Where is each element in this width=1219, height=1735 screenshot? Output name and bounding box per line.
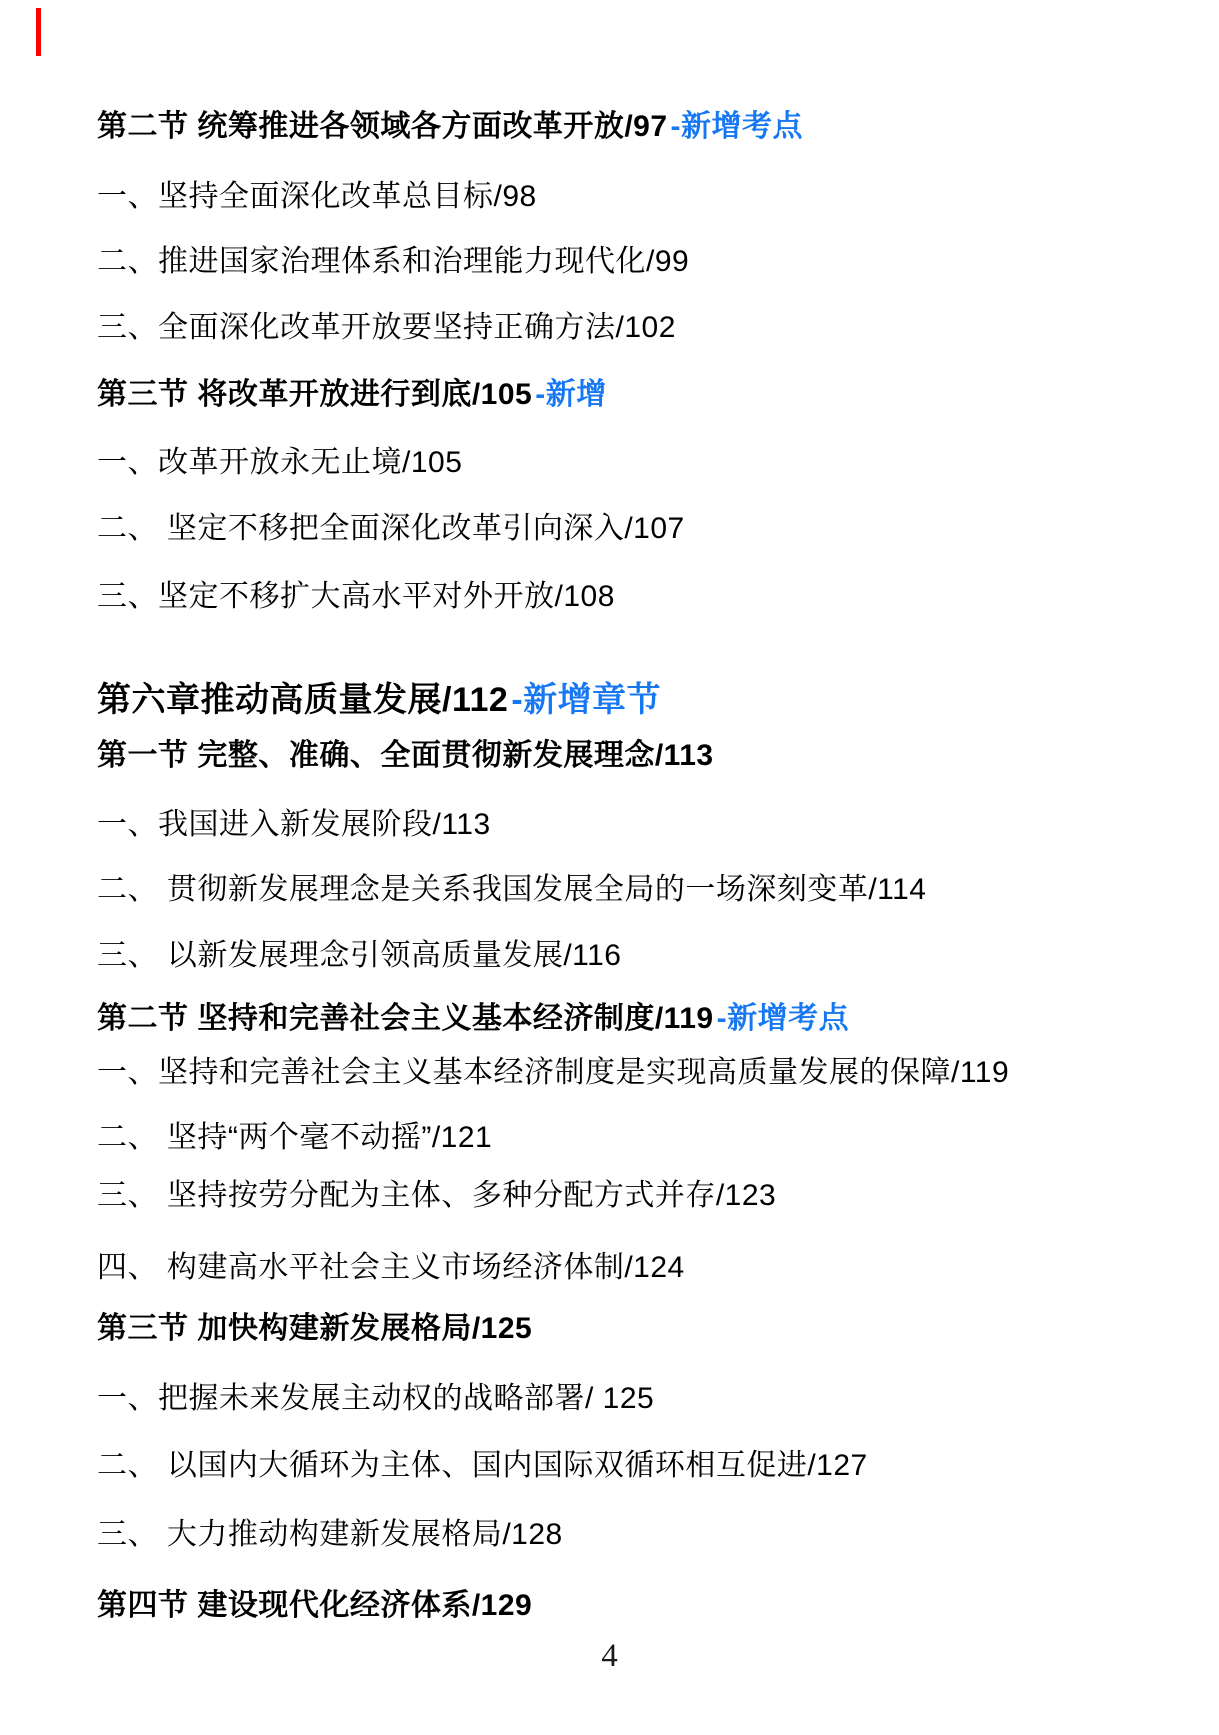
toc-line-text: 三、 大力推动构建新发展格局/128 xyxy=(97,1518,563,1551)
toc-section-heading: 第三节 加快构建新发展格局/125 xyxy=(97,1312,535,1347)
toc-item: 四、 构建高水平社会主义市场经济体制/124 xyxy=(97,1251,688,1286)
new-content-tag: -新增考点 xyxy=(671,110,804,143)
toc-line-text: 三、全面深化改革开放要坚持正确方法/102 xyxy=(97,311,676,344)
toc-line-text: 第六章推动高质量发展/112 xyxy=(97,681,508,719)
toc-line-text: 第二节 坚持和完善社会主义基本经济制度/119 xyxy=(97,1002,714,1035)
toc-line-text: 一、改革开放永无止境/105 xyxy=(97,446,462,479)
toc-item: 二、 以国内大循环为主体、国内国际双循环相互促进/127 xyxy=(97,1449,871,1484)
toc-item: 三、 坚持按劳分配为主体、多种分配方式并存/123 xyxy=(97,1179,779,1214)
toc-section-heading: 第二节 统筹推进各领域各方面改革开放/97-新增考点 xyxy=(97,110,803,145)
toc-line-text: 第一节 完整、准确、全面贯彻新发展理念/113 xyxy=(97,739,714,772)
toc-line-text: 三、 坚持按劳分配为主体、多种分配方式并存/123 xyxy=(97,1179,776,1212)
toc-item: 一、改革开放永无止境/105 xyxy=(97,446,465,481)
toc-line-text: 第三节 加快构建新发展格局/125 xyxy=(97,1312,532,1345)
new-content-tag: -新增考点 xyxy=(717,1002,850,1035)
red-margin-marker xyxy=(36,8,41,56)
toc-item: 三、 以新发展理念引领高质量发展/116 xyxy=(97,939,625,974)
toc-item: 一、坚持和完善社会主义基本经济制度是实现高质量发展的保障/119 xyxy=(97,1056,1012,1091)
toc-item: 三、全面深化改革开放要坚持正确方法/102 xyxy=(97,311,679,346)
toc-line-text: 二、推进国家治理体系和治理能力现代化/99 xyxy=(97,245,689,278)
toc-line-text: 第三节 将改革开放进行到底/105 xyxy=(97,378,532,411)
toc-item: 三、坚定不移扩大高水平对外开放/108 xyxy=(97,580,618,615)
toc-line-text: 二、 坚持“两个毫不动摇”/121 xyxy=(97,1121,492,1154)
toc-item: 一、把握未来发展主动权的战略部署/ 125 xyxy=(97,1382,657,1417)
toc-line-text: 三、坚定不移扩大高水平对外开放/108 xyxy=(97,580,615,613)
new-content-tag: -新增章节 xyxy=(511,681,661,719)
toc-section-heading: 第四节 建设现代化经济体系/129 xyxy=(97,1589,535,1624)
toc-line-text: 二、 以国内大循环为主体、国内国际双循环相互促进/127 xyxy=(97,1449,868,1482)
toc-line-text: 二、 贯彻新发展理念是关系我国发展全局的一场深刻变革/114 xyxy=(97,873,927,906)
toc-item: 二、推进国家治理体系和治理能力现代化/99 xyxy=(97,245,692,280)
toc-line-text: 一、我国进入新发展阶段/113 xyxy=(97,808,491,841)
toc-item: 一、我国进入新发展阶段/113 xyxy=(97,808,494,843)
toc-section-heading: 第一节 完整、准确、全面贯彻新发展理念/113 xyxy=(97,739,717,774)
toc-item: 二、 坚定不移把全面深化改革引向深入/107 xyxy=(97,512,688,547)
toc-item: 二、 坚持“两个毫不动摇”/121 xyxy=(97,1121,495,1156)
toc-section-heading: 第二节 坚持和完善社会主义基本经济制度/119-新增考点 xyxy=(97,1002,849,1037)
toc-chapter-heading: 第六章推动高质量发展/112-新增章节 xyxy=(97,681,661,720)
document-page: 第二节 统筹推进各领域各方面改革开放/97-新增考点 一、坚持全面深化改革总目标… xyxy=(0,0,1219,1735)
toc-line-text: 三、 以新发展理念引领高质量发展/116 xyxy=(97,939,622,972)
new-content-tag: -新增 xyxy=(535,378,607,411)
toc-line-text: 第四节 建设现代化经济体系/129 xyxy=(97,1589,532,1622)
toc-section-heading: 第三节 将改革开放进行到底/105-新增 xyxy=(97,378,607,413)
page-number: 4 xyxy=(0,1638,1219,1675)
toc-line-text: 二、 坚定不移把全面深化改革引向深入/107 xyxy=(97,512,685,545)
toc-line-text: 四、 构建高水平社会主义市场经济体制/124 xyxy=(97,1251,685,1284)
toc-item: 二、 贯彻新发展理念是关系我国发展全局的一场深刻变革/114 xyxy=(97,873,930,908)
toc-item: 一、坚持全面深化改革总目标/98 xyxy=(97,180,540,215)
toc-line-text: 一、坚持和完善社会主义基本经济制度是实现高质量发展的保障/119 xyxy=(97,1056,1009,1089)
toc-line-text: 一、坚持全面深化改革总目标/98 xyxy=(97,180,537,213)
toc-line-text: 第二节 统筹推进各领域各方面改革开放/97 xyxy=(97,110,668,143)
toc-item: 三、 大力推动构建新发展格局/128 xyxy=(97,1518,566,1553)
toc-line-text: 一、把握未来发展主动权的战略部署/ 125 xyxy=(97,1382,654,1415)
